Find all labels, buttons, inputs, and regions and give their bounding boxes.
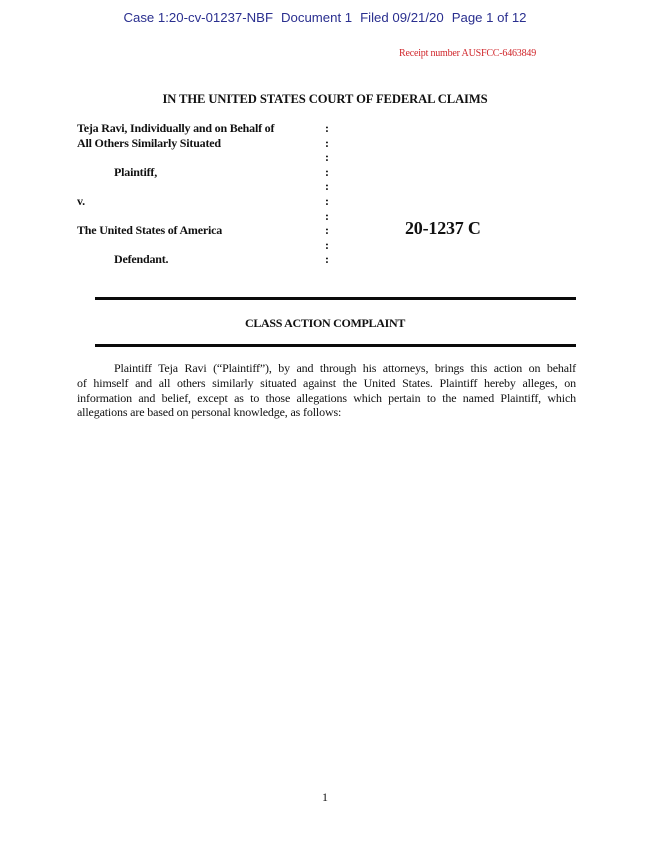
caption-colon: :	[325, 150, 329, 165]
case-caption: Teja Ravi, Individually and on Behalf of…	[77, 121, 557, 267]
filed-date-header: Filed 09/21/20	[360, 10, 444, 25]
docket-number: 20-1237 C	[405, 218, 481, 239]
caption-row: :	[77, 179, 557, 194]
caption-colon: :	[325, 121, 329, 136]
caption-colon: :	[325, 238, 329, 253]
caption-row: :	[77, 209, 557, 224]
caption-colon: :	[325, 136, 329, 151]
caption-row: All Others Similarly Situated :	[77, 136, 557, 151]
title-rule-top	[95, 297, 576, 300]
caption-row: Plaintiff, :	[77, 165, 557, 180]
case-number-header: Case 1:20-cv-01237-NBF	[123, 10, 273, 25]
defendant-name: The United States of America	[77, 223, 222, 238]
caption-colon: :	[325, 179, 329, 194]
document-number-header: Document 1	[281, 10, 352, 25]
caption-colon: :	[325, 194, 329, 209]
versus-label: v.	[77, 194, 85, 209]
paragraph-line: information and belief, except as to tho…	[77, 391, 576, 406]
plaintiff-name-line-2: All Others Similarly Situated	[77, 136, 221, 151]
caption-colon: :	[325, 223, 329, 238]
complaint-title: CLASS ACTION COMPLAINT	[0, 316, 650, 331]
caption-row: v. :	[77, 194, 557, 209]
title-rule-bottom	[95, 344, 576, 347]
caption-colon: :	[325, 209, 329, 224]
caption-colon: :	[325, 165, 329, 180]
caption-row: :	[77, 238, 557, 253]
caption-row: Teja Ravi, Individually and on Behalf of…	[77, 121, 557, 136]
caption-row: :	[77, 150, 557, 165]
plaintiff-label: Plaintiff,	[114, 165, 157, 180]
defendant-label: Defendant.	[114, 252, 168, 267]
page-number: 1	[0, 790, 650, 805]
ecf-filing-header: Case 1:20-cv-01237-NBFDocument 1Filed 09…	[0, 10, 650, 25]
caption-row: The United States of America :	[77, 223, 557, 238]
receipt-number: Receipt number AUSFCC-6463849	[399, 48, 536, 59]
court-title: IN THE UNITED STATES COURT OF FEDERAL CL…	[0, 92, 650, 107]
opening-paragraph: Plaintiff Teja Ravi (“Plaintiff”), by an…	[77, 361, 576, 420]
plaintiff-name-line-1: Teja Ravi, Individually and on Behalf of	[77, 121, 274, 136]
paragraph-line: allegations are based on personal knowle…	[77, 405, 576, 420]
page-count-header: Page 1 of 12	[452, 10, 527, 25]
caption-colon: :	[325, 252, 329, 267]
paragraph-line: of himself and all others similarly situ…	[77, 376, 576, 391]
caption-row: Defendant. :	[77, 252, 557, 267]
paragraph-line: Plaintiff Teja Ravi (“Plaintiff”), by an…	[77, 361, 576, 376]
